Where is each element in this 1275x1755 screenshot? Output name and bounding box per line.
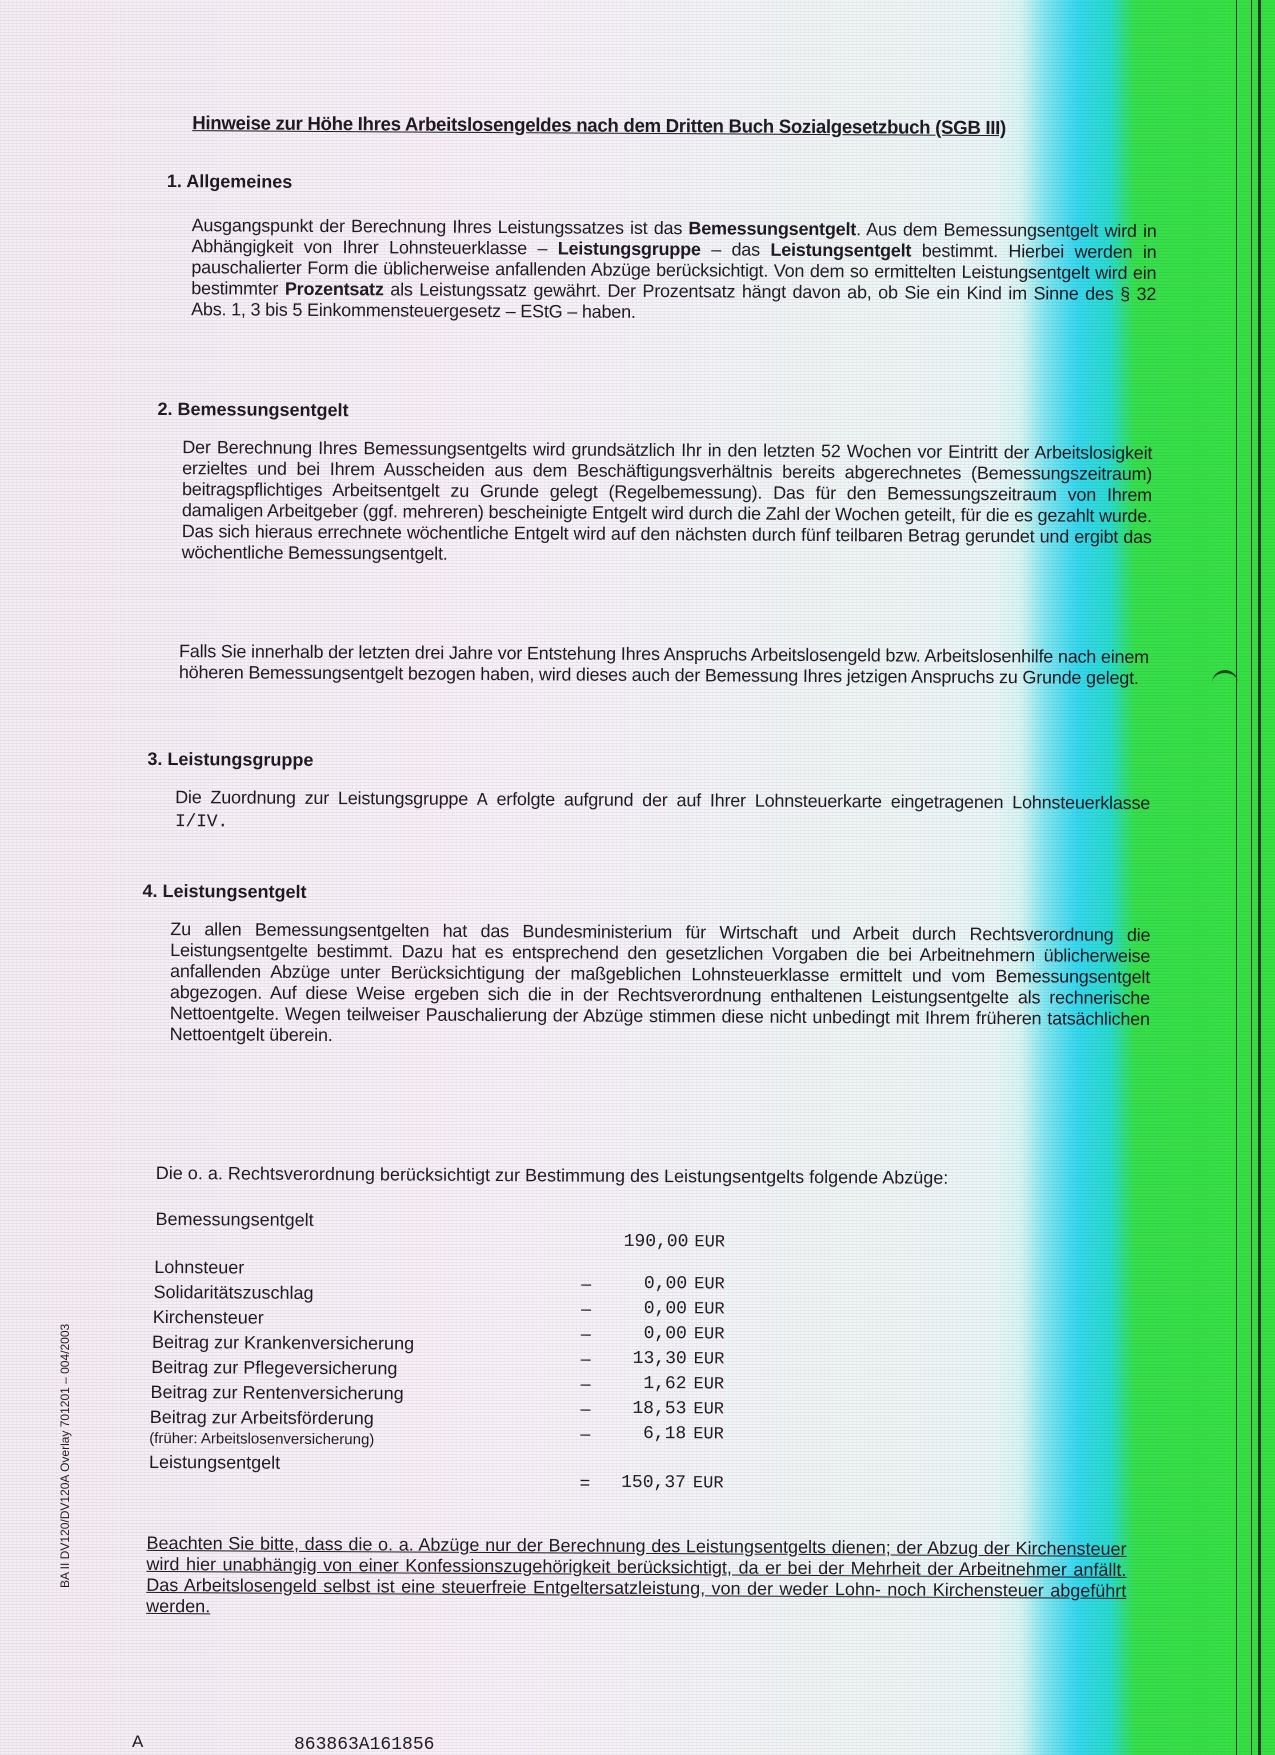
- deduction-value: 0,00: [567, 1273, 687, 1294]
- deduction-label-leistungsentgelt: Leistungsentgelt: [149, 1452, 280, 1474]
- deduction-value: 18,53: [566, 1398, 686, 1419]
- section-heading-bemessungsentgelt: 2. Bemessungsentgelt: [157, 399, 348, 421]
- scan-edge-line: [1258, 0, 1261, 1755]
- section-text-leistungsentgelt: Zu allen Bemessungsentgelten hat das Bun…: [170, 919, 1151, 1051]
- section-heading-leistungsentgelt: 4. Leistungsentgelt: [142, 881, 306, 903]
- deduction-value: 190,00: [568, 1231, 688, 1252]
- deduction-currency: EUR: [694, 1300, 725, 1319]
- deduction-label: Beitrag zur Rentenversicherung: [150, 1382, 403, 1405]
- footer-letter: A: [132, 1732, 143, 1752]
- leistungsgruppe-value: A: [477, 791, 488, 811]
- deduction-currency: EUR: [693, 1375, 724, 1394]
- scan-edge-line: [1236, 0, 1237, 1755]
- section-text-bemessungsentgelt-2: Falls Sie innerhalb der letzten drei Jah…: [179, 641, 1149, 689]
- scan-edge-line: [1251, 0, 1252, 1755]
- deduction-label: Lohnsteuer: [154, 1257, 244, 1279]
- tax-note: Beachten Sie bitte, dass die o. a. Abzüg…: [146, 1533, 1126, 1623]
- deduction-currency: EUR: [694, 1233, 725, 1252]
- section-text-leistungsgruppe: Die Zuordnung zur Leistungsgruppe A erfo…: [175, 787, 1150, 839]
- document-title: Hinweise zur Höhe Ihres Arbeitslosengeld…: [192, 113, 1006, 140]
- deduction-value: 13,30: [567, 1348, 687, 1369]
- deduction-currency: EUR: [694, 1350, 725, 1369]
- deduction-currency: EUR: [694, 1325, 725, 1344]
- deduction-currency: EUR: [693, 1400, 724, 1419]
- section-text-bemessungsentgelt: Der Berechnung Ihres Bemessungsentgelts …: [182, 437, 1153, 569]
- deduction-label: Beitrag zur Pflegeversicherung: [151, 1357, 397, 1380]
- deduction-sublabel: (früher: Arbeitslosenversicherung): [149, 1430, 374, 1448]
- deduction-currency: EUR: [693, 1425, 724, 1444]
- deduction-label: Beitrag zur Krankenversicherung: [152, 1332, 414, 1355]
- lohnsteuerklasse-value: I/IV.: [175, 812, 228, 832]
- deduction-label: Beitrag zur Arbeitsförderung: [150, 1407, 374, 1429]
- deduction-currency: EUR: [694, 1275, 725, 1294]
- section-heading-leistungsgruppe: 3. Leistungsgruppe: [147, 749, 313, 771]
- deduction-value-result: 150,37: [566, 1472, 686, 1493]
- document-page: Hinweise zur Höhe Ihres Arbeitslosengeld…: [0, 0, 1275, 1755]
- section-heading-allgemeines: 1. Allgemeines: [167, 171, 293, 193]
- deductions-intro: Die o. a. Rechtsverordnung berücksichtig…: [156, 1163, 949, 1189]
- deduction-value: 0,00: [567, 1298, 687, 1319]
- deduction-label: Solidaritätszuschlag: [153, 1282, 313, 1304]
- footer-barcode-number: 863863A161856: [294, 1735, 434, 1755]
- deduction-label: Kirchensteuer: [153, 1307, 264, 1329]
- deduction-currency: EUR: [693, 1474, 724, 1493]
- deduction-label-bemessungsentgelt: Bemessungsentgelt: [155, 1209, 313, 1231]
- section-text-allgemeines: Ausgangspunkt der Berechnung Ihres Leist…: [191, 215, 1157, 326]
- deduction-value: 6,18: [566, 1423, 686, 1444]
- deductions-table: Bemessungsentgelt190,00EURLohnsteuer–0,0…: [0, 0, 1275, 8]
- deduction-value: 0,00: [567, 1323, 687, 1344]
- form-code-vertical: BA II DV120/DV120A Overlay 701201 – 004/…: [58, 1324, 72, 1588]
- deduction-value: 1,62: [566, 1373, 686, 1394]
